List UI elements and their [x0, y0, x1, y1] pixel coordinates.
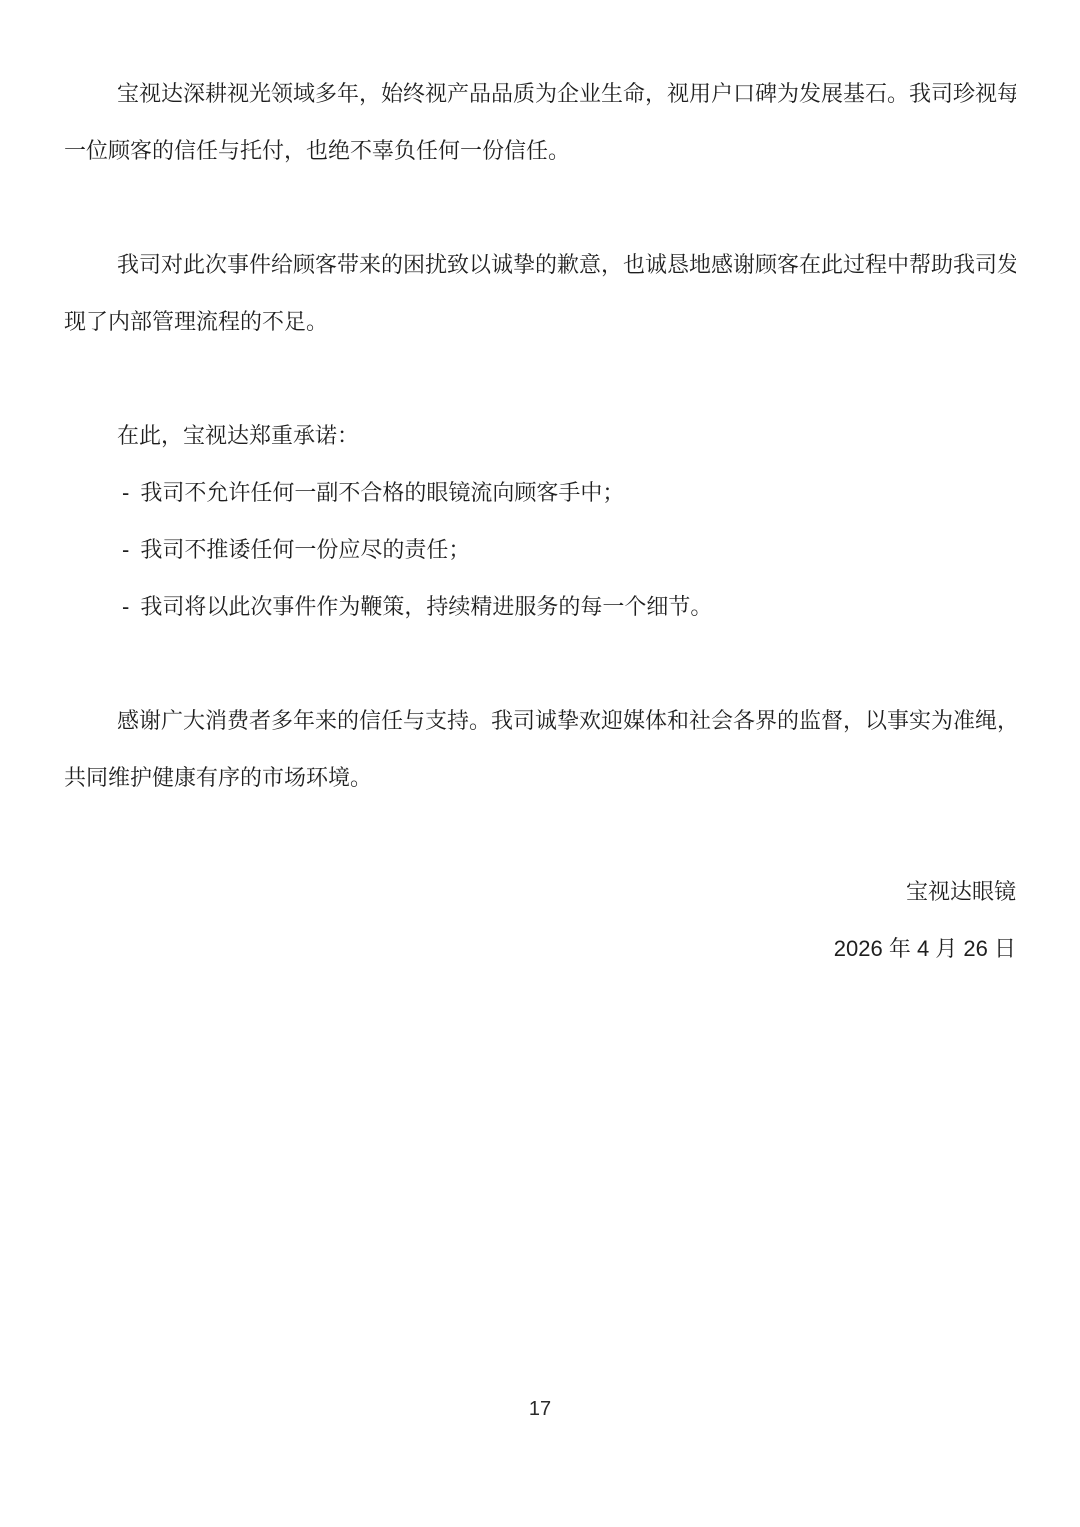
- bullet-marker: -: [122, 594, 129, 619]
- document-page: 宝视达深耕视光领域多年，始终视产品品质为企业生命，视用户口碑为发展基石。我司珍视…: [0, 0, 1080, 1527]
- signature-company: 宝视达眼镜: [64, 863, 1016, 920]
- body-text-line: 我司对此次事件给顾客带来的困扰致以诚挚的歉意，也诚恳地感谢顾客在此过程中帮助我司…: [64, 236, 1016, 293]
- body-text-line: 共同维护健康有序的市场环境。: [64, 749, 1016, 806]
- body-text-line: 感谢广大消费者多年来的信任与支持。我司诚挚欢迎媒体和社会各界的监督，以事实为准绳…: [64, 692, 1016, 749]
- body-text-line: 一位顾客的信任与托付，也绝不辜负任何一份信任。: [64, 122, 1016, 179]
- document-body: 宝视达深耕视光领域多年，始终视产品品质为企业生命，视用户口碑为发展基石。我司珍视…: [64, 65, 1016, 977]
- signature-block: 宝视达眼镜 2026 年 4 月 26 日: [64, 863, 1016, 977]
- body-text-line: 宝视达深耕视光领域多年，始终视产品品质为企业生命，视用户口碑为发展基石。我司珍视…: [64, 65, 1016, 122]
- commitment-item-text: 我司将以此次事件作为鞭策，持续精进服务的每一个细节。: [140, 594, 712, 619]
- body-text-line: 现了内部管理流程的不足。: [64, 293, 1016, 350]
- commitment-item-text: 我司不推诿任何一份应尽的责任；: [140, 537, 470, 562]
- paragraph-thanks: 感谢广大消费者多年来的信任与支持。我司诚挚欢迎媒体和社会各界的监督，以事实为准绳…: [64, 692, 1016, 806]
- bullet-marker: -: [122, 537, 129, 562]
- commitment-item: -我司不推诿任何一份应尽的责任；: [64, 521, 1016, 578]
- commitment-item-text: 我司不允许任何一副不合格的眼镜流向顾客手中；: [140, 480, 624, 505]
- commitment-section: 在此，宝视达郑重承诺： -我司不允许任何一副不合格的眼镜流向顾客手中； -我司不…: [64, 407, 1016, 635]
- page-number: 17: [0, 1381, 1080, 1438]
- paragraph-quality-commitment: 宝视达深耕视光领域多年，始终视产品品质为企业生命，视用户口碑为发展基石。我司珍视…: [64, 65, 1016, 179]
- commitment-item: -我司不允许任何一副不合格的眼镜流向顾客手中；: [64, 464, 1016, 521]
- paragraph-apology: 我司对此次事件给顾客带来的困扰致以诚挚的歉意，也诚恳地感谢顾客在此过程中帮助我司…: [64, 236, 1016, 350]
- commitment-heading: 在此，宝视达郑重承诺：: [64, 407, 1016, 464]
- bullet-marker: -: [122, 480, 129, 505]
- commitment-item: -我司将以此次事件作为鞭策，持续精进服务的每一个细节。: [64, 578, 1016, 635]
- signature-date: 2026 年 4 月 26 日: [64, 920, 1016, 977]
